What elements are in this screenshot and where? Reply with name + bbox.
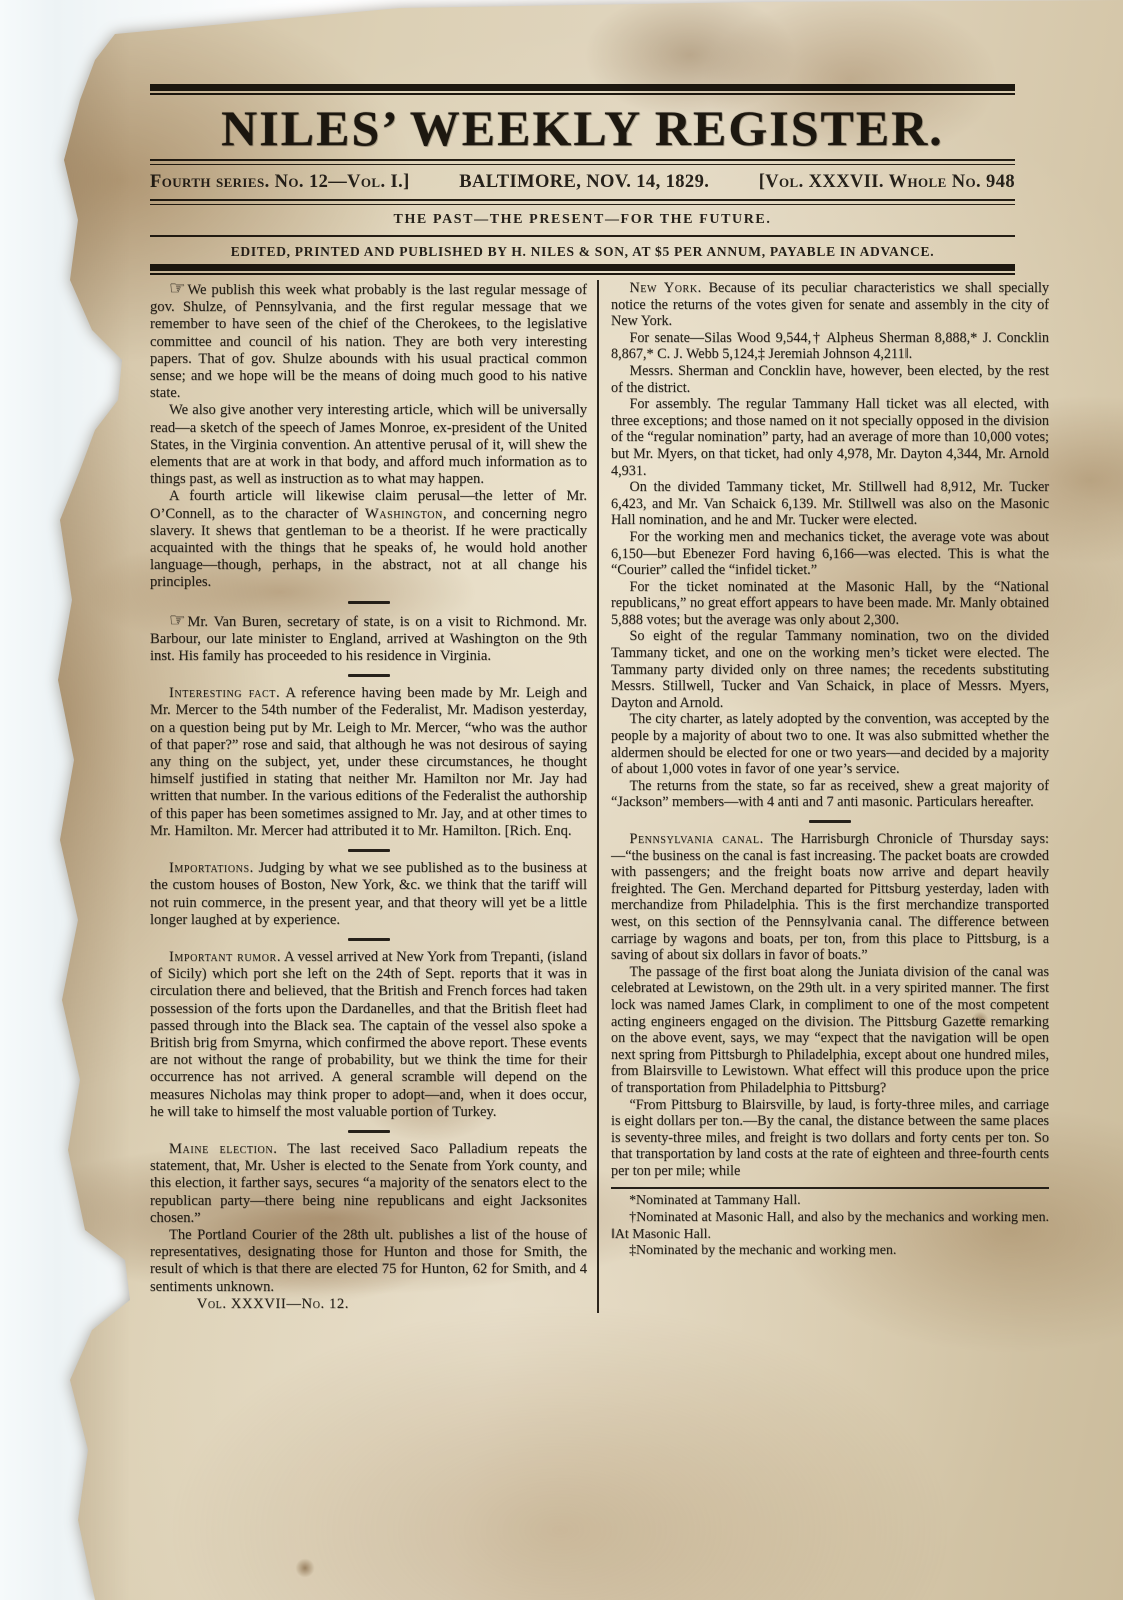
masthead: NILES’ WEEKLY REGISTER. Fourth series. N… [150,84,1015,275]
text-segment: first [400,299,424,315]
paragraph-juniata-division: The passage of the first boat along the … [611,964,1049,1097]
paragraph-interesting-fact: Interesting fact. A reference having bee… [150,685,587,840]
paragraph-masonic-hall: For the ticket nominated at the Masonic … [611,579,1049,629]
paragraph-new-york: New York. Because of its peculiar charac… [611,280,1049,330]
paragraph-van-buren: ☞Mr. Van Buren, secretary of state, is o… [150,612,587,666]
text-segment: general scramble [350,1069,454,1085]
dateline-rule [150,199,1015,205]
section-separator [348,674,390,677]
manicule-icon: ☞ [169,278,187,298]
left-column: ☞We publish this week what probably is t… [150,280,587,1313]
footnote-tammany: *Nominated at Tammany Hall. [611,1193,1049,1210]
text-segment: Vol. XXXVII—No. 12. [197,1296,349,1312]
column-divider [597,280,599,1313]
text-segment: Important rumor. [169,949,281,965]
top-rule [150,84,1015,95]
paragraph-oconnell-letter: A fourth article will likewise claim per… [150,488,587,591]
paragraph-freight-rates: “From Pittsburg to Blairsville, by laud,… [611,1097,1049,1180]
footnote-mechanic: ‡Nominated by the mechanic and working m… [611,1243,1049,1260]
manicule-icon: ☞ [169,610,187,630]
imprint: EDITED, PRINTED AND PUBLISHED BY H. NILE… [150,239,1015,264]
paragraph-portland-courier: The Portland Courier of the 28th ult. pu… [150,1227,587,1296]
text-segment: tariff [531,877,560,893]
section-separator [348,938,390,941]
title-rule [150,159,1015,165]
text-segment: two dollars and forty cents [826,1130,981,1146]
paragraph-editorial-messages: ☞We publish this week what probably is t… [150,280,587,402]
footnote-rule [611,1187,1049,1189]
page-content: NILES’ WEEKLY REGISTER. Fourth series. N… [0,0,1123,1313]
place-date: BALTIMORE, NOV. 14, 1829. [459,167,709,197]
text-segment: Barbour [150,631,197,647]
motto: THE PAST—THE PRESENT—FOR THE FUTURE. [150,207,1015,233]
paragraph-pennsylvania-canal: Pennsylvania canal. The Harrisburgh Chro… [611,831,1049,964]
section-separator [809,820,851,823]
footnote-masonic: †Nominated at Masonic Hall, and also by … [611,1210,1049,1243]
masthead-bottom-rule [150,264,1015,275]
paragraph-city-charter: The city charter, as lately adopted by t… [611,711,1049,777]
paragraph-importations: Importations. Judging by what we see pub… [150,860,587,929]
paragraph-working-men: For the working men and mechanics ticket… [611,529,1049,579]
section-separator [348,849,390,852]
text-segment: New York. [629,280,701,296]
text-segment: Van Buren [214,614,278,630]
text-segment: eight dollars [624,1113,695,1129]
text-segment: Interesting fact. [169,685,280,701]
newspaper-page: NILES’ WEEKLY REGISTER. Fourth series. N… [0,0,1123,1600]
text-segment: [Rich. Enq. [505,823,572,839]
text-segment: James Clark [710,997,781,1013]
section-separator [348,601,390,604]
text-segment: experience [273,912,336,928]
text-segment: Importations. [169,860,254,876]
right-column: New York. Because of its peculiar charac… [611,280,1049,1313]
text-segment: Maine election. [169,1141,278,1157]
text-segment: Washington [365,506,443,522]
scan-background: NILES’ WEEKLY REGISTER. Fourth series. N… [0,0,1123,1600]
volume-info: [Vol. XXXVII. Whole No. 948 [759,167,1015,197]
text-segment: For assembly. [629,396,711,412]
paragraph-state-returns: The returns from the state, so far as re… [611,778,1049,811]
paragraph-sherman-concklin: Messrs. Sherman and Concklin have, howev… [611,363,1049,396]
paragraph-election-summary: So eight of the regular Tammany nominati… [611,628,1049,711]
dateline: Fourth series. No. 12—Vol. I.] BALTIMORE… [150,167,1015,197]
text-segment: theory [440,895,477,911]
paragraph-maine-election: Maine election. The last received Saco P… [150,1141,587,1227]
motto-rule [150,235,1015,237]
paragraph-monroe-speech: We also give another very interesting ar… [150,402,587,488]
paragraph-assembly: For assembly. The regular Tammany Hall t… [611,396,1049,479]
text-segment: last [449,282,469,298]
paragraph-divided-tammany: On the divided Tammany ticket, Mr. Still… [611,479,1049,529]
paragraph-important-rumor: Important rumor. A vessel arrived at New… [150,949,587,1121]
text-segment: Pennsylvania canal. [629,831,763,847]
text-segment: commerce [201,895,262,911]
newspaper-title: NILES’ WEEKLY REGISTER. [150,99,1015,157]
text-segment: Gen. Merchand [698,881,788,897]
columns-container: ☞We publish this week what probably is t… [150,280,1062,1313]
paragraph-senate-votes: For senate—Silas Wood 9,544,† Alpheus Sh… [611,330,1049,363]
volume-signature: Vol. XXXVII—No. 12. [150,1296,587,1313]
edition-info: Fourth series. No. 12—Vol. I.] [150,167,410,197]
section-separator [348,1130,390,1133]
